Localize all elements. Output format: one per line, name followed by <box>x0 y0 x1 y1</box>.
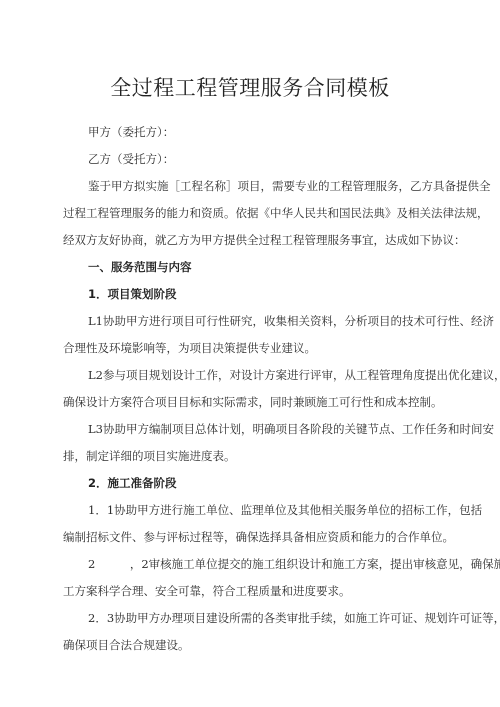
subsection-heading: 1．项目策划阶段 <box>88 286 177 302</box>
section-heading: 一、服务范围与内容 <box>88 259 192 275</box>
party-a-label: 甲方（委托方）： <box>88 124 174 140</box>
document-title: 全过程工程管理服务合同模板 <box>0 72 500 102</box>
clause-line: L2参与项目规划设计工作，对设计方案进行评审，从工程管理角度提出优化建议， <box>88 367 437 383</box>
clause-line: L1协助甲方进行项目可行性研究，收集相关资料，分析项目的技术可行性、经济 <box>88 313 437 329</box>
clause-line: 编制招标文件、参与评标过程等，确保选择具备相应资质和能力的合作单位。 <box>63 529 454 545</box>
party-b-label: 乙方（受托方）： <box>88 151 174 167</box>
document-page: 全过程工程管理服务合同模板 甲方（委托方）： 乙方（受托方）： 鉴于甲方拟实施［… <box>0 0 500 707</box>
subsection-heading: 2．施工准备阶段 <box>88 475 177 491</box>
clause-line: L3协助甲方编制项目总体计划，明确项目各阶段的关键节点、工作任务和时间安 <box>88 421 437 437</box>
preamble-line: 过程工程管理服务的能力和资质。依据《中华人民共和国民法典》及相关法律法规， <box>63 205 437 221</box>
clause-line: 排，制定详细的项目实施进度表。 <box>63 448 236 464</box>
clause-line: 1．1协助甲方进行施工单位、监理单位及其他相关服务单位的招标工作，包括 <box>88 502 437 518</box>
clause-line: 工方案科学合理、安全可靠，符合工程质量和进度要求。 <box>63 583 351 599</box>
clause-line: 2 ，2审核施工单位提交的施工组织设计和施工方案，提出审核意见，确保施 <box>88 556 437 572</box>
preamble-line: 经双方友好协商，就乙方为甲方提供全过程工程管理服务事宜，达成如下协议： <box>63 232 466 248</box>
preamble-line: 鉴于甲方拟实施［工程名称］项目，需要专业的工程管理服务，乙方具备提供全 <box>88 178 437 194</box>
clause-line: 2．3协助甲方办理项目建设所需的各类审批手续，如施工许可证、规划许可证等， <box>88 610 437 626</box>
clause-line: 确保设计方案符合项目目标和实际需求，同时兼顾施工可行性和成本控制。 <box>63 394 443 410</box>
clause-line: 确保项目合法合规建设。 <box>63 637 190 653</box>
clause-line: 合理性及环境影响等，为项目决策提供专业建议。 <box>63 340 316 356</box>
